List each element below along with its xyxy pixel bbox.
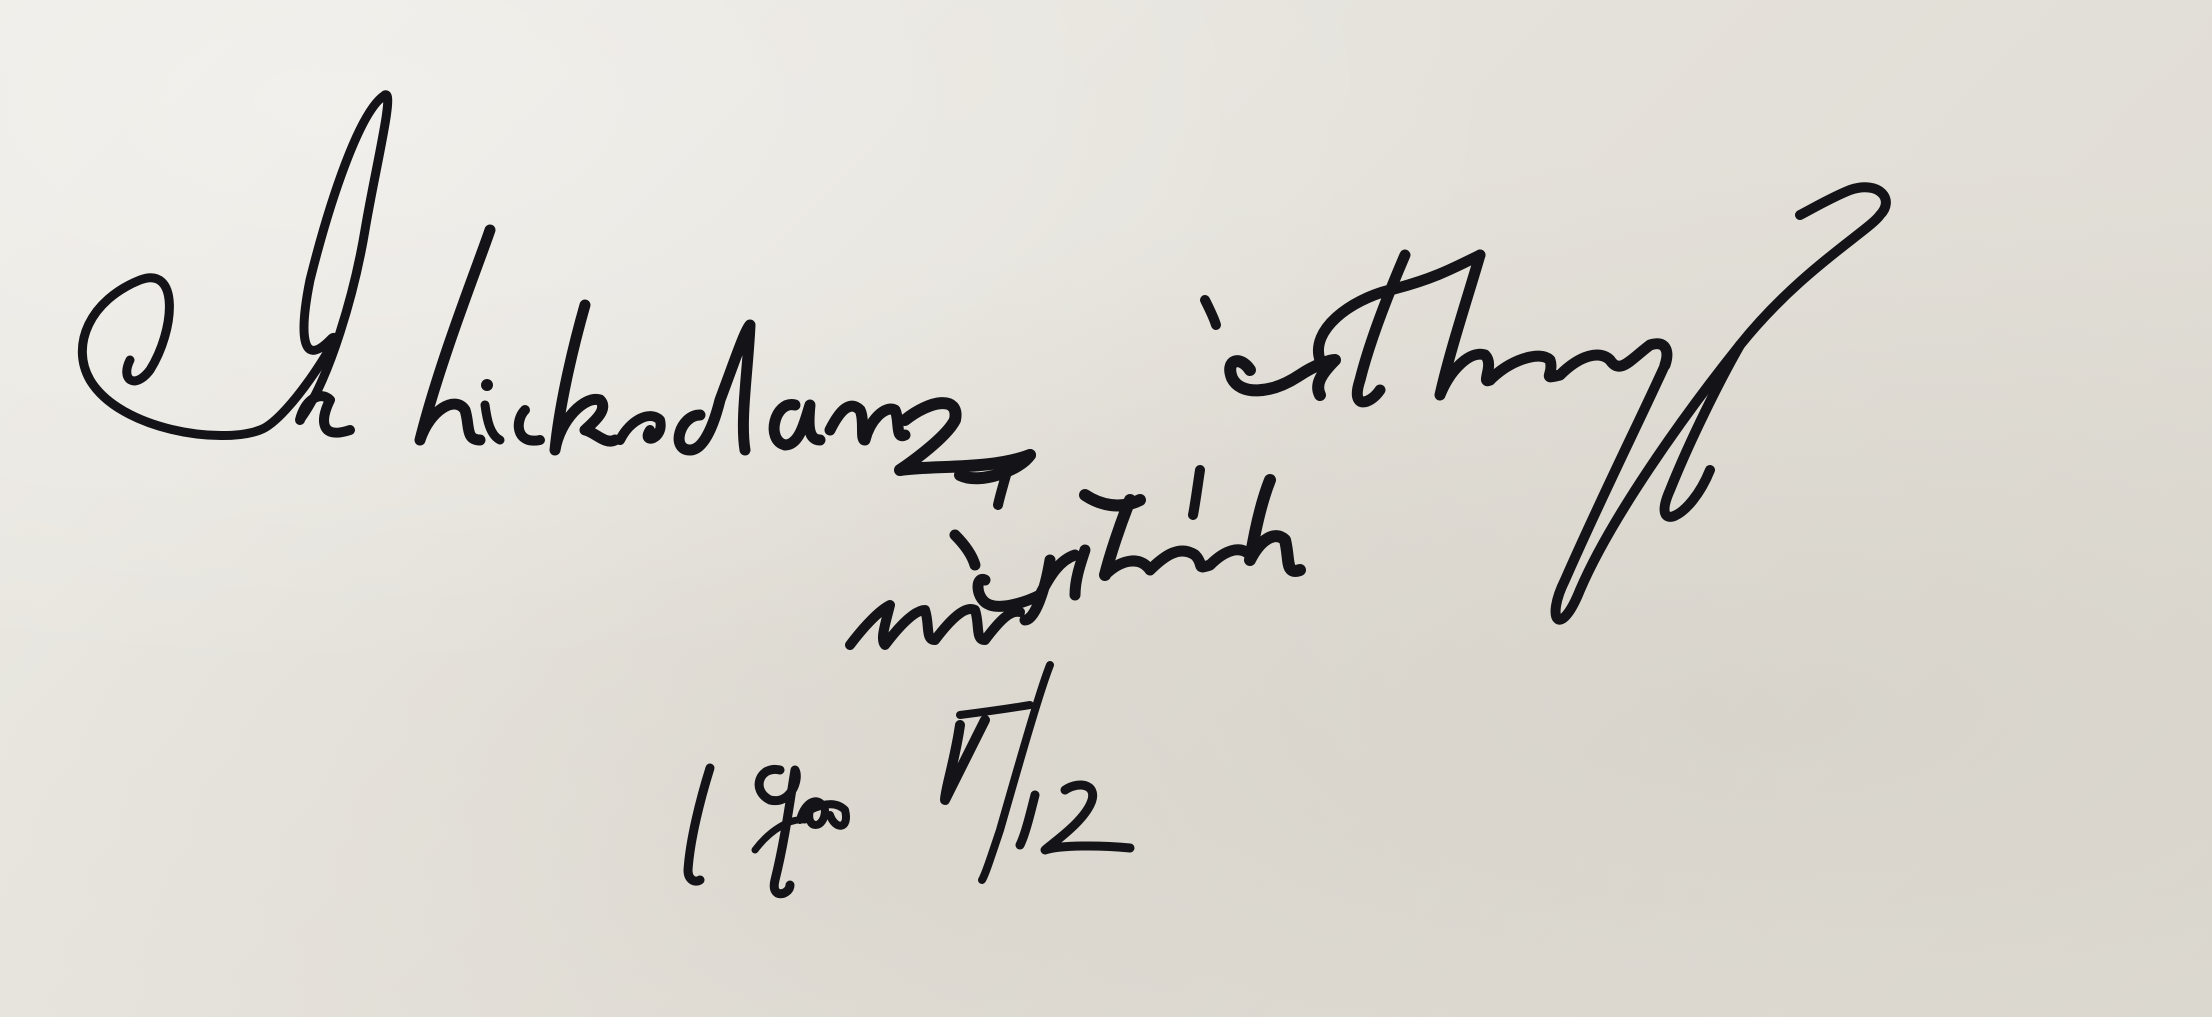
handwritten-date-line: 1900 V/12 <box>700 690 1323 829</box>
handwritten-line-2: műépítészek <box>850 470 1551 598</box>
handwritten-line-1: Schickedanz és Herzog <box>90 190 1864 364</box>
handwritten-note-paper: Schickedanz és Herzog műépítészek 1900 V… <box>0 0 2212 1017</box>
